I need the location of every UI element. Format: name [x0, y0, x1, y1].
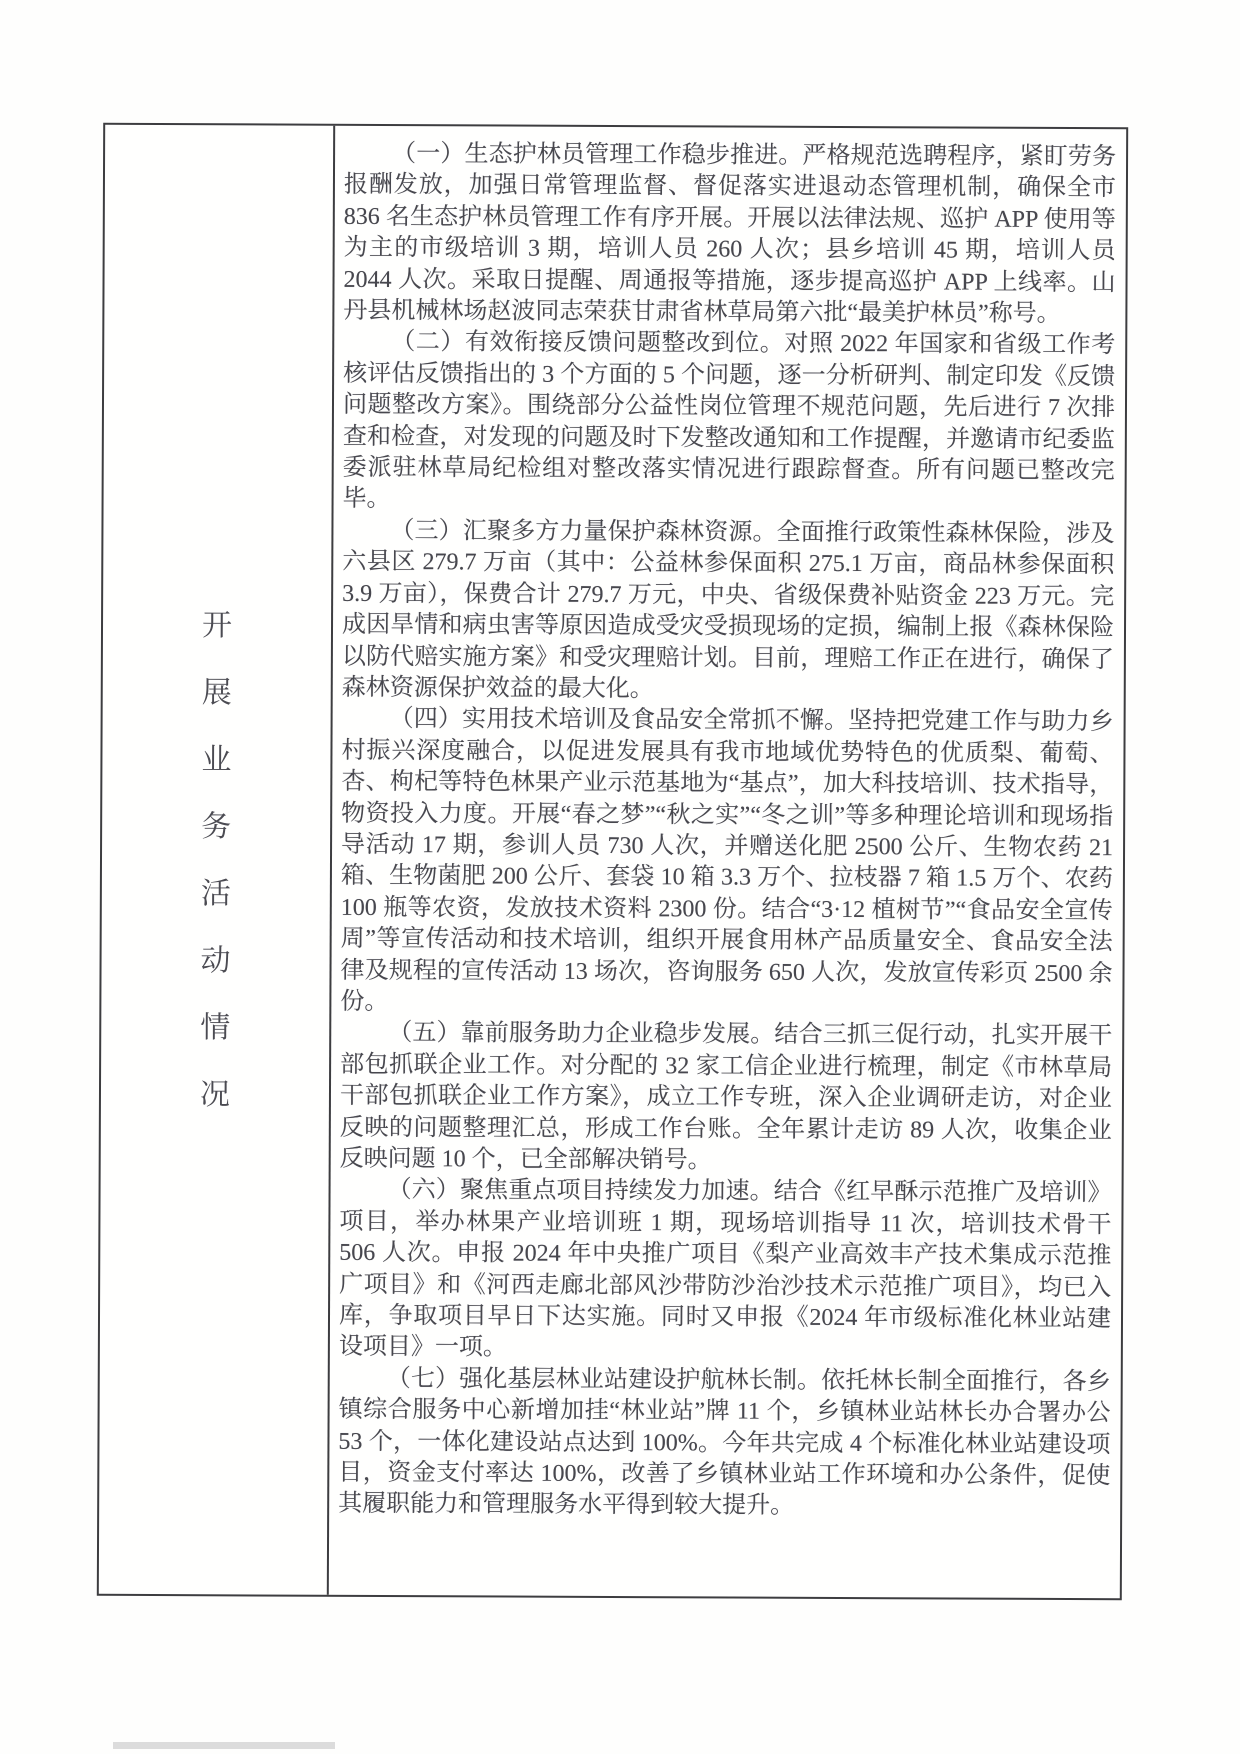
- paragraph-2: （二）有效衔接反馈问题整改到位。对照 2022 年国家和省级工作考核评估反馈指出…: [343, 327, 1116, 519]
- paragraph-5: （五）靠前服务助力企业稳步发展。结合三抓三促行动，扎实开展干部包抓联企业工作。对…: [340, 1018, 1113, 1178]
- paragraph-3: （三）汇聚多方力量保护森林资源。全面推行政策性森林保险，涉及六县区 279.7 …: [342, 516, 1115, 708]
- paragraph-7: （七）强化基层林业站建设护航林长制。依托林长制全面推行，各乡镇综合服务中心新增加…: [338, 1364, 1111, 1524]
- document-page: 开展业务活动情况 （一）生态护林员管理工作稳步推进。严格规范选聘程序，紧盯劳务报…: [0, 0, 1240, 1754]
- content-cell: （一）生态护林员管理工作稳步推进。严格规范选聘程序，紧盯劳务报酬发放，加强日常管…: [329, 126, 1126, 1598]
- row-header-vertical-label: 开展业务活动情况: [198, 592, 234, 1128]
- scan-artifact-line: [113, 1742, 335, 1749]
- paragraph-6: （六）聚焦重点项目持续发力加速。结合《红早酥示范推广及培训》项目，举办林果产业培…: [339, 1175, 1112, 1367]
- row-header-cell: 开展业务活动情况: [99, 125, 335, 1595]
- paragraph-1: （一）生态护林员管理工作稳步推进。严格规范选聘程序，紧盯劳务报酬发放，加强日常管…: [343, 139, 1116, 331]
- report-table: 开展业务活动情况 （一）生态护林员管理工作稳步推进。严格规范选聘程序，紧盯劳务报…: [97, 123, 1128, 1600]
- paragraph-4: （四）实用技术培训及食品安全常抓不懈。坚持把党建工作与助力乡村振兴深度融合，以促…: [340, 704, 1113, 1021]
